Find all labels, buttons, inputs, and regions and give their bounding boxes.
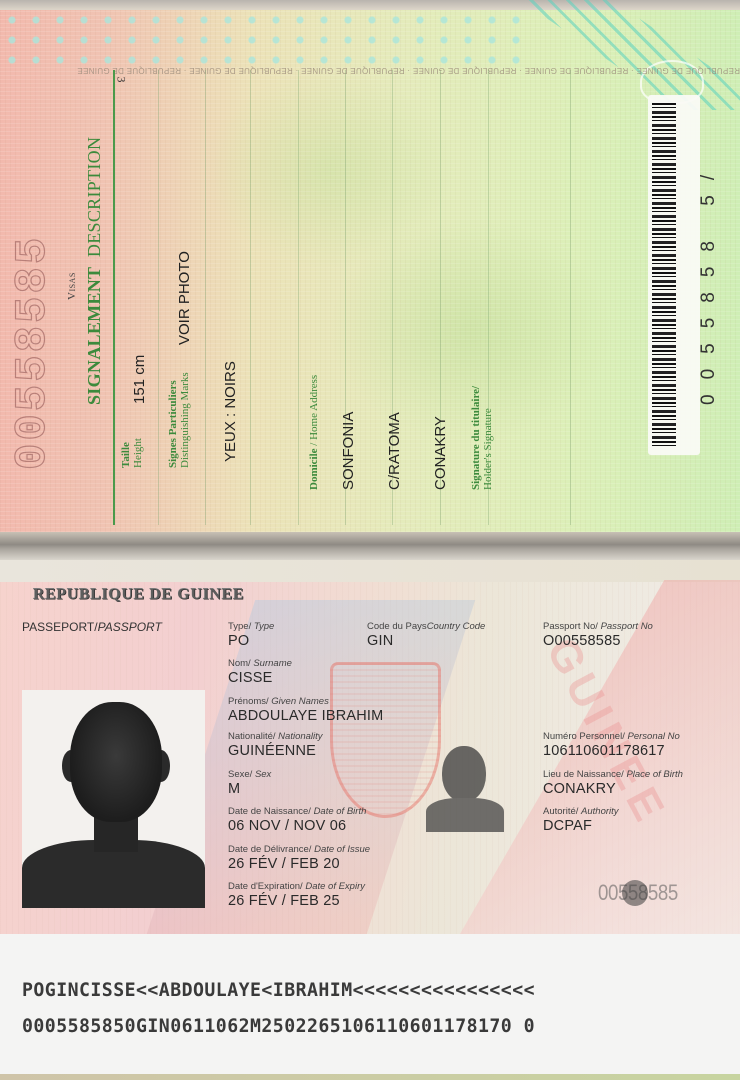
- barcode: [652, 103, 676, 447]
- header-band: [0, 560, 740, 582]
- perforated-number: 00558585: [8, 235, 58, 470]
- microprint-text: REPUBLIQUE DE GUINEE · REPUBLIQUE DE GUI…: [0, 66, 740, 75]
- document-type-en: PASSPORT: [98, 620, 162, 634]
- distinguishing-marks-label: Signes Particuliers Distinguishing Marks: [167, 372, 191, 468]
- passport-no-value: O00558585: [543, 633, 621, 649]
- section-title: SIGNALEMENT DESCRIPTION: [84, 137, 105, 405]
- signature-label-fr: Signature du titulaire/: [470, 386, 482, 490]
- visas-label: Visas: [66, 272, 78, 300]
- coat-of-arms-emblem: [330, 662, 441, 818]
- nationality-label: Nationalité/ Nationality: [228, 731, 323, 742]
- height-label-fr: Taille: [120, 442, 132, 468]
- height-label: Taille Height: [120, 438, 144, 468]
- signature-label: Signature du titulaire/ Holder's Signatu…: [470, 386, 494, 490]
- mrz-line-1: POGINCISSE<<ABDOULAYE<IBRAHIM<<<<<<<<<<<…: [22, 980, 535, 1001]
- passport-no-label: Passport No/ Passport No: [543, 621, 653, 632]
- document-type: PASSEPORT/PASSPORT: [22, 620, 162, 634]
- given-names-value: ABDOULAYE IBRAHIM: [228, 708, 383, 724]
- personal-no-label: Numéro Personnel/ Personal No: [543, 731, 680, 742]
- surname-value: CISSE: [228, 670, 273, 686]
- ghost-seal: [622, 880, 648, 906]
- address-line-1: SONFONIA: [340, 412, 357, 490]
- divider-line: [113, 70, 115, 525]
- date-of-expiry-value: 26 FÉV / FEB 25: [228, 893, 340, 909]
- height-label-en: Height: [132, 438, 144, 468]
- personal-no-value: 106110601178617: [543, 743, 665, 759]
- type-value: PO: [228, 633, 249, 649]
- mrz-line-2: 0005585850GIN0611062M2502265106110601178…: [22, 1016, 535, 1037]
- height-value: 151 cm: [131, 355, 148, 404]
- sex-label: Sexe/ Sex: [228, 769, 271, 780]
- surname-label: Nom/ Surname: [228, 658, 292, 669]
- barcode-number: 0055858 5/: [698, 160, 720, 405]
- date-of-issue-value: 26 FÉV / FEB 20: [228, 856, 340, 872]
- barcode-sticker: [648, 95, 700, 455]
- section-title-en: DESCRIPTION: [84, 137, 104, 257]
- visa-description-page: REPUBLIQUE DE GUINEE · REPUBLIQUE DE GUI…: [0, 0, 740, 540]
- given-names-label: Prénoms/ Given Names: [228, 696, 329, 707]
- column-line: [205, 70, 206, 525]
- address-line-2: C/RATOMA: [386, 412, 403, 490]
- document-type-fr: PASSEPORT/: [22, 620, 98, 634]
- column-line: [250, 70, 251, 525]
- home-address-label: Domicile / Home Address: [308, 375, 320, 490]
- type-label: Type/ Type: [228, 621, 274, 632]
- sex-value: M: [228, 781, 240, 797]
- security-stripes: [520, 0, 740, 110]
- date-of-birth-label: Date de Naissance/ Date of Birth: [228, 806, 366, 817]
- column-line: [570, 70, 571, 525]
- column-line: [158, 70, 159, 525]
- marks-label-en: Distinguishing Marks: [179, 372, 191, 468]
- country-header: REPUBLIQUE DE GUINEE: [33, 586, 244, 604]
- marks-label-fr: Signes Particuliers: [167, 380, 179, 468]
- address-line-3: CONAKRY: [432, 416, 449, 490]
- machine-readable-zone: POGINCISSE<<ABDOULAYE<IBRAHIM<<<<<<<<<<<…: [0, 934, 740, 1074]
- eyes-value: YEUX : NOIRS: [222, 361, 239, 462]
- passport-spine: [0, 532, 740, 560]
- signature-label-en: Holder's Signature: [482, 408, 494, 490]
- section-title-fr: SIGNALEMENT: [84, 267, 104, 405]
- column-line: [298, 70, 299, 525]
- place-of-birth-value: CONAKRY: [543, 781, 616, 797]
- date-of-expiry-label: Date d'Expiration/ Date of Expiry: [228, 881, 365, 892]
- page-number: 3: [114, 77, 129, 83]
- page-edge: [0, 1074, 740, 1080]
- authority-value: DCPAF: [543, 818, 592, 834]
- address-label-fr: Domicile: [308, 448, 320, 490]
- date-of-birth-value: 06 NOV / NOV 06: [228, 818, 346, 834]
- country-code-label: Code du PaysCountry Code: [367, 621, 485, 632]
- place-of-birth-label: Lieu de Naissance/ Place of Birth: [543, 769, 683, 780]
- nationality-value: GUINÉENNE: [228, 743, 316, 759]
- country-code-value: GIN: [367, 633, 393, 649]
- authority-label: Autorité/ Authority: [543, 806, 619, 817]
- security-dot-pattern: [0, 10, 520, 70]
- distinguishing-marks-value: VOIR PHOTO: [176, 251, 193, 345]
- page-edge: [0, 0, 740, 10]
- passport-data-page: GUINEE REPUBLIQUE DE GUINEE PASSEPORT/PA…: [0, 560, 740, 1080]
- address-label-en: / Home Address: [308, 375, 320, 446]
- ghost-portrait: [426, 746, 504, 832]
- date-of-issue-label: Date de Délivrance/ Date of Issue: [228, 844, 370, 855]
- holder-portrait-photo: [22, 690, 205, 908]
